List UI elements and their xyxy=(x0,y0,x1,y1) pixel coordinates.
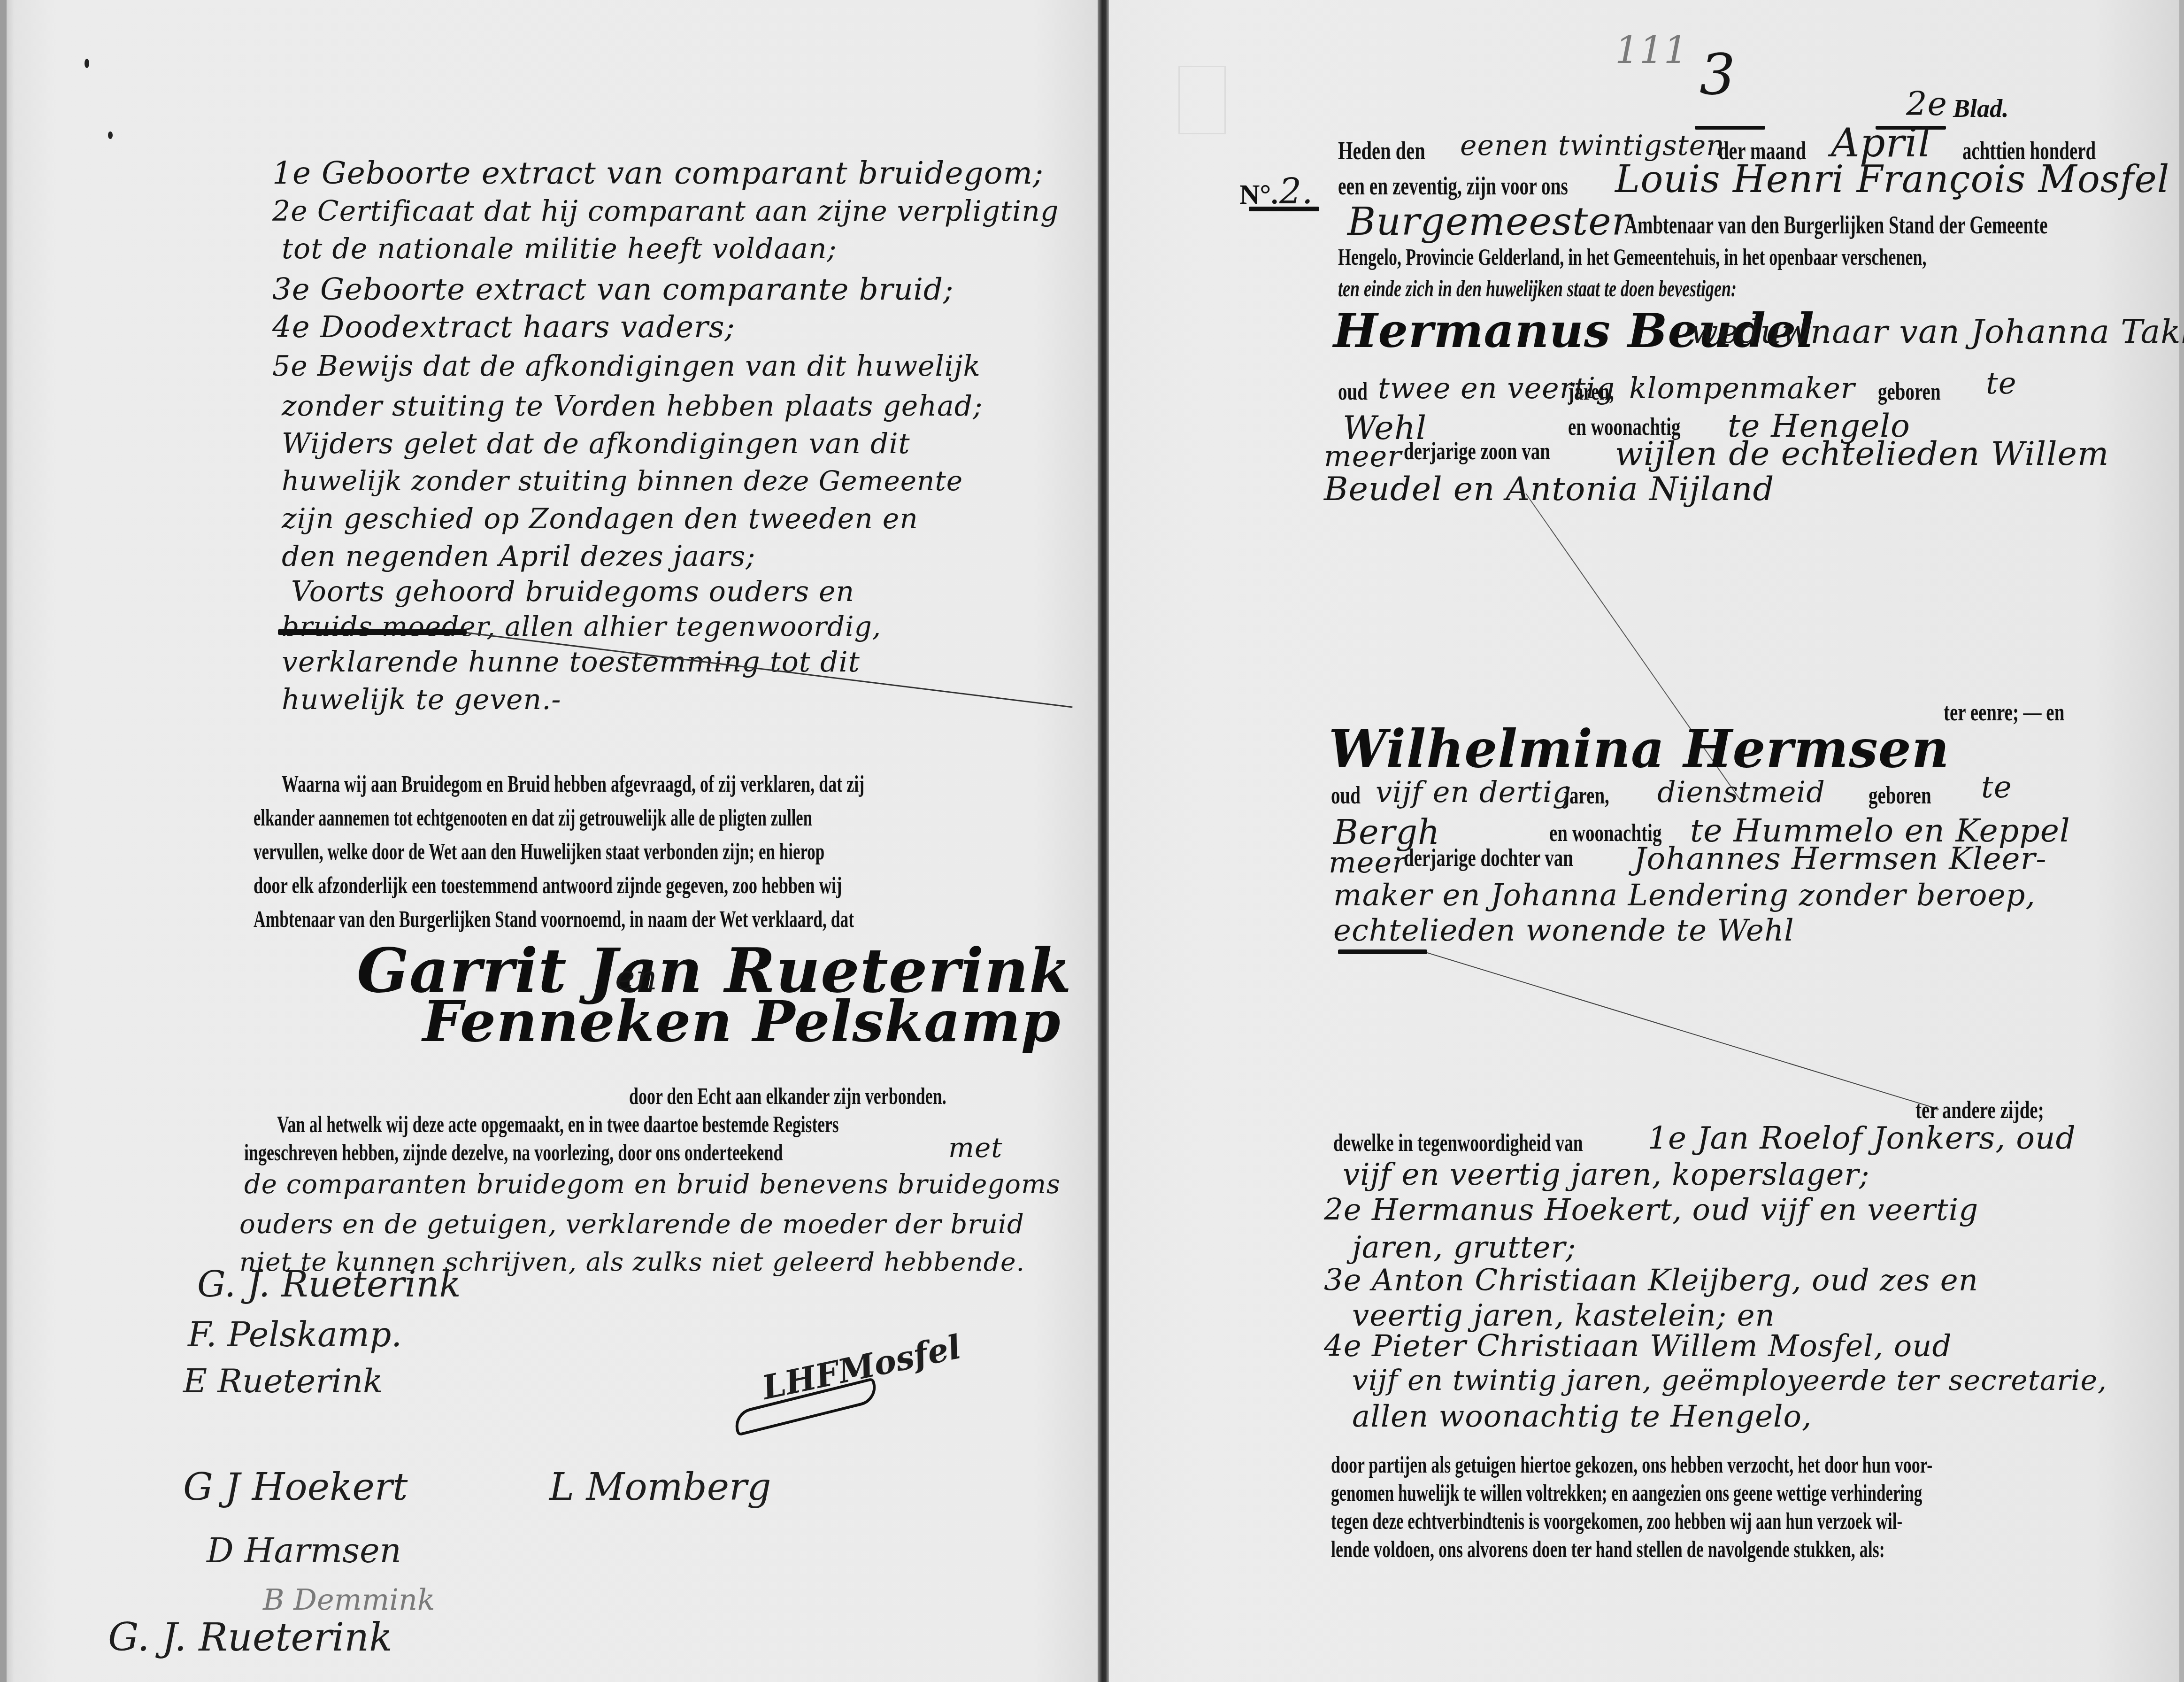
record-underline xyxy=(1249,207,1319,211)
witness-line: vijf en twintig jaren, geëmployeerde ter… xyxy=(1352,1364,2107,1397)
signature: D Harmsen xyxy=(207,1531,401,1570)
closing-hand-line: de comparanten bruidegom en bruid beneve… xyxy=(244,1169,1061,1200)
witnesses-intro: dewelke in tegenwoordigheid van xyxy=(1333,1129,1583,1157)
jaren-label: jaren, xyxy=(1563,782,1609,810)
geboren-label: geboren xyxy=(1878,378,1941,406)
signature: G. J. Rueterink xyxy=(108,1615,392,1660)
printed-line: genomen huwelijk te willen voltrekken; e… xyxy=(1331,1479,1922,1506)
doc-line: 4e Doodextract haars vaders; xyxy=(272,310,735,345)
groom-parents-line: Beudel en Antonia Nijland xyxy=(1324,470,1774,508)
punch-hole-dot xyxy=(85,59,89,68)
faint-stamp-mark xyxy=(1178,66,1226,134)
doc-line: zijn geschied op Zondagen den tweeden en xyxy=(282,502,918,535)
doc-line: Wijders gelet dat de afkondigingen van d… xyxy=(282,427,910,460)
left-page-edge xyxy=(0,0,7,1682)
record-label: N°. xyxy=(1239,178,1278,211)
geboren-label: geboren xyxy=(1869,782,1931,810)
bride-parents-line: echtelieden wonende te Wehl xyxy=(1333,913,1794,948)
signature: G J Hoekert xyxy=(183,1465,408,1509)
witness-line: 2e Hermanus Hoekert, oud vijf en veertig xyxy=(1324,1193,1978,1227)
te-handwritten: te xyxy=(1981,770,2012,805)
meer-handwritten: meer xyxy=(1324,439,1402,473)
witness-line: vijf en veertig jaren, koperslager; xyxy=(1343,1157,1870,1192)
sheet-number: 2e xyxy=(1906,85,1947,123)
ter-eenre-label: ter eenre; — en xyxy=(1944,699,2064,726)
bride-parents-line: maker en Johanna Lendering zonder beroep… xyxy=(1333,878,2036,913)
section-rule xyxy=(1338,949,1427,954)
record-number: 2. xyxy=(1279,171,1314,212)
book-spine-divider xyxy=(1098,0,1109,1682)
closing-printed-line: Van al hetwelk wij deze acte opgemaakt, … xyxy=(277,1111,839,1138)
signature: G. J. Rueterink xyxy=(197,1263,461,1305)
bride-fullname: Wilhelmina Hermsen xyxy=(1329,718,1950,779)
closing-hand-met: met xyxy=(948,1132,1003,1164)
printed-line: elkander aannemen tot echtgenooten en da… xyxy=(254,804,812,831)
doc-line: bruids moeder, allen alhier tegenwoordig… xyxy=(282,610,881,642)
printed-line: Waarna wij aan Bruidegom en Bruid hebben… xyxy=(282,770,864,797)
oud-label: oud xyxy=(1331,782,1361,810)
printed-line: tegen deze echtverbindtenis is voorgekom… xyxy=(1331,1507,1902,1535)
groom-occupation: klompenmaker xyxy=(1629,371,1855,405)
doc-line: 5e Bewijs dat de afkondigingen van dit h… xyxy=(272,350,981,383)
printed-line: door partijen als getuigen hiertoe gekoz… xyxy=(1331,1451,1932,1478)
doc-line: Voorts gehoord bruidegoms ouders en xyxy=(291,575,854,608)
witness-line: veertig jaren, kastelein; en xyxy=(1352,1298,1775,1333)
signature: E Rueterink xyxy=(183,1362,383,1400)
bride-name: Fenneken Pelskamp xyxy=(423,988,1061,1055)
jaren-label: jaren, xyxy=(1568,378,1614,406)
witness-line: jaren, grutter; xyxy=(1352,1230,1576,1265)
oud-label: oud xyxy=(1338,378,1368,406)
sheet-mark: 3 xyxy=(1700,42,1736,108)
bound-text: door den Echt aan elkander zijn verbonde… xyxy=(629,1082,946,1110)
te-handwritten: te xyxy=(1986,366,2017,401)
printed-line: Ambtenaar van den Burgerlijken Stand voo… xyxy=(254,905,854,933)
printed-line: door elk afzonderlijk een toestemmend an… xyxy=(254,872,842,899)
sheet-label: Blad. xyxy=(1953,94,2009,123)
closing-hand-line: ouders en de getuigen, verklarende de mo… xyxy=(239,1209,1024,1240)
doc-line: den negenden April dezes jaars; xyxy=(282,540,756,573)
top-pencil-marks: 111 xyxy=(1615,28,1688,72)
doc-line: zonder stuiting te Vorden hebben plaats … xyxy=(282,390,983,423)
hengelo-label: Hengelo, Provincie Gelderland, in het Ge… xyxy=(1338,243,1927,270)
doc-line: huwelijk te geven.- xyxy=(282,683,561,716)
witness-line: allen woonachtig te Hengelo, xyxy=(1352,1399,1812,1434)
groom-widower-of: weduwnaar van Johanna Takkenkamp xyxy=(1690,312,2184,351)
heden-label: Heden den xyxy=(1338,136,1425,165)
right-page-edge xyxy=(2179,0,2184,1682)
doc-line: verklarende hunne toestemming tot dit xyxy=(282,646,860,679)
signature: F. Pelskamp. xyxy=(188,1315,402,1354)
doc-line: huwelijk zonder stuiting binnen deze Gem… xyxy=(282,465,963,497)
printed-line: vervullen, welke door de Wet aan den Huw… xyxy=(254,838,824,865)
zeventig-label: een en zeventig, zijn voor ons xyxy=(1338,171,1568,201)
closing-printed-line: ingeschreven hebben, zijnde dezelve, na … xyxy=(244,1139,783,1166)
bevestigen-label: ten einde zich in den huwelijken staat t… xyxy=(1338,275,1737,302)
doc-line: 3e Geboorte extract van comparante bruid… xyxy=(272,272,954,307)
doc-line: 1e Geboorte extract van comparant bruide… xyxy=(272,155,1044,191)
zoon-label: derjarige zoon van xyxy=(1404,438,1550,465)
section-rule xyxy=(278,629,467,635)
bride-parents-line: Johannes Hermsen Kleer- xyxy=(1634,841,2047,877)
officer-name: Louis Henri François Mosfel xyxy=(1615,157,2169,201)
witness-line: 1e Jan Roelof Jonkers, oud xyxy=(1648,1120,2076,1156)
punch-hole-dot xyxy=(108,131,113,139)
groom-parents-line: wijlen de echtelieden Willem xyxy=(1615,434,2109,473)
signature: L Momberg xyxy=(549,1465,771,1509)
bride-occupation: dienstmeid xyxy=(1657,775,1825,809)
witness-line: 4e Pieter Christiaan Willem Mosfel, oud xyxy=(1324,1329,1952,1364)
signature: B Demmink xyxy=(263,1582,435,1617)
officer-title: Burgemeester xyxy=(1347,200,1630,244)
witness-line: 3e Anton Christiaan Kleijberg, oud zes e… xyxy=(1324,1263,1978,1298)
doc-line: 2e Certificaat dat hij comparant aan zij… xyxy=(272,195,1059,228)
dochter-label: derjarige dochter van xyxy=(1404,844,1573,872)
printed-line: lende voldoen, ons alvorens doen ter han… xyxy=(1331,1535,1885,1563)
meer-handwritten: meer xyxy=(1329,845,1407,880)
bride-age: vijf en dertig xyxy=(1376,775,1572,809)
doc-line: tot de nationale militie heeft voldaan; xyxy=(282,232,837,265)
ambtenaar-label: Ambtenaar van den Burgerlijken Stand der… xyxy=(1624,210,2047,239)
